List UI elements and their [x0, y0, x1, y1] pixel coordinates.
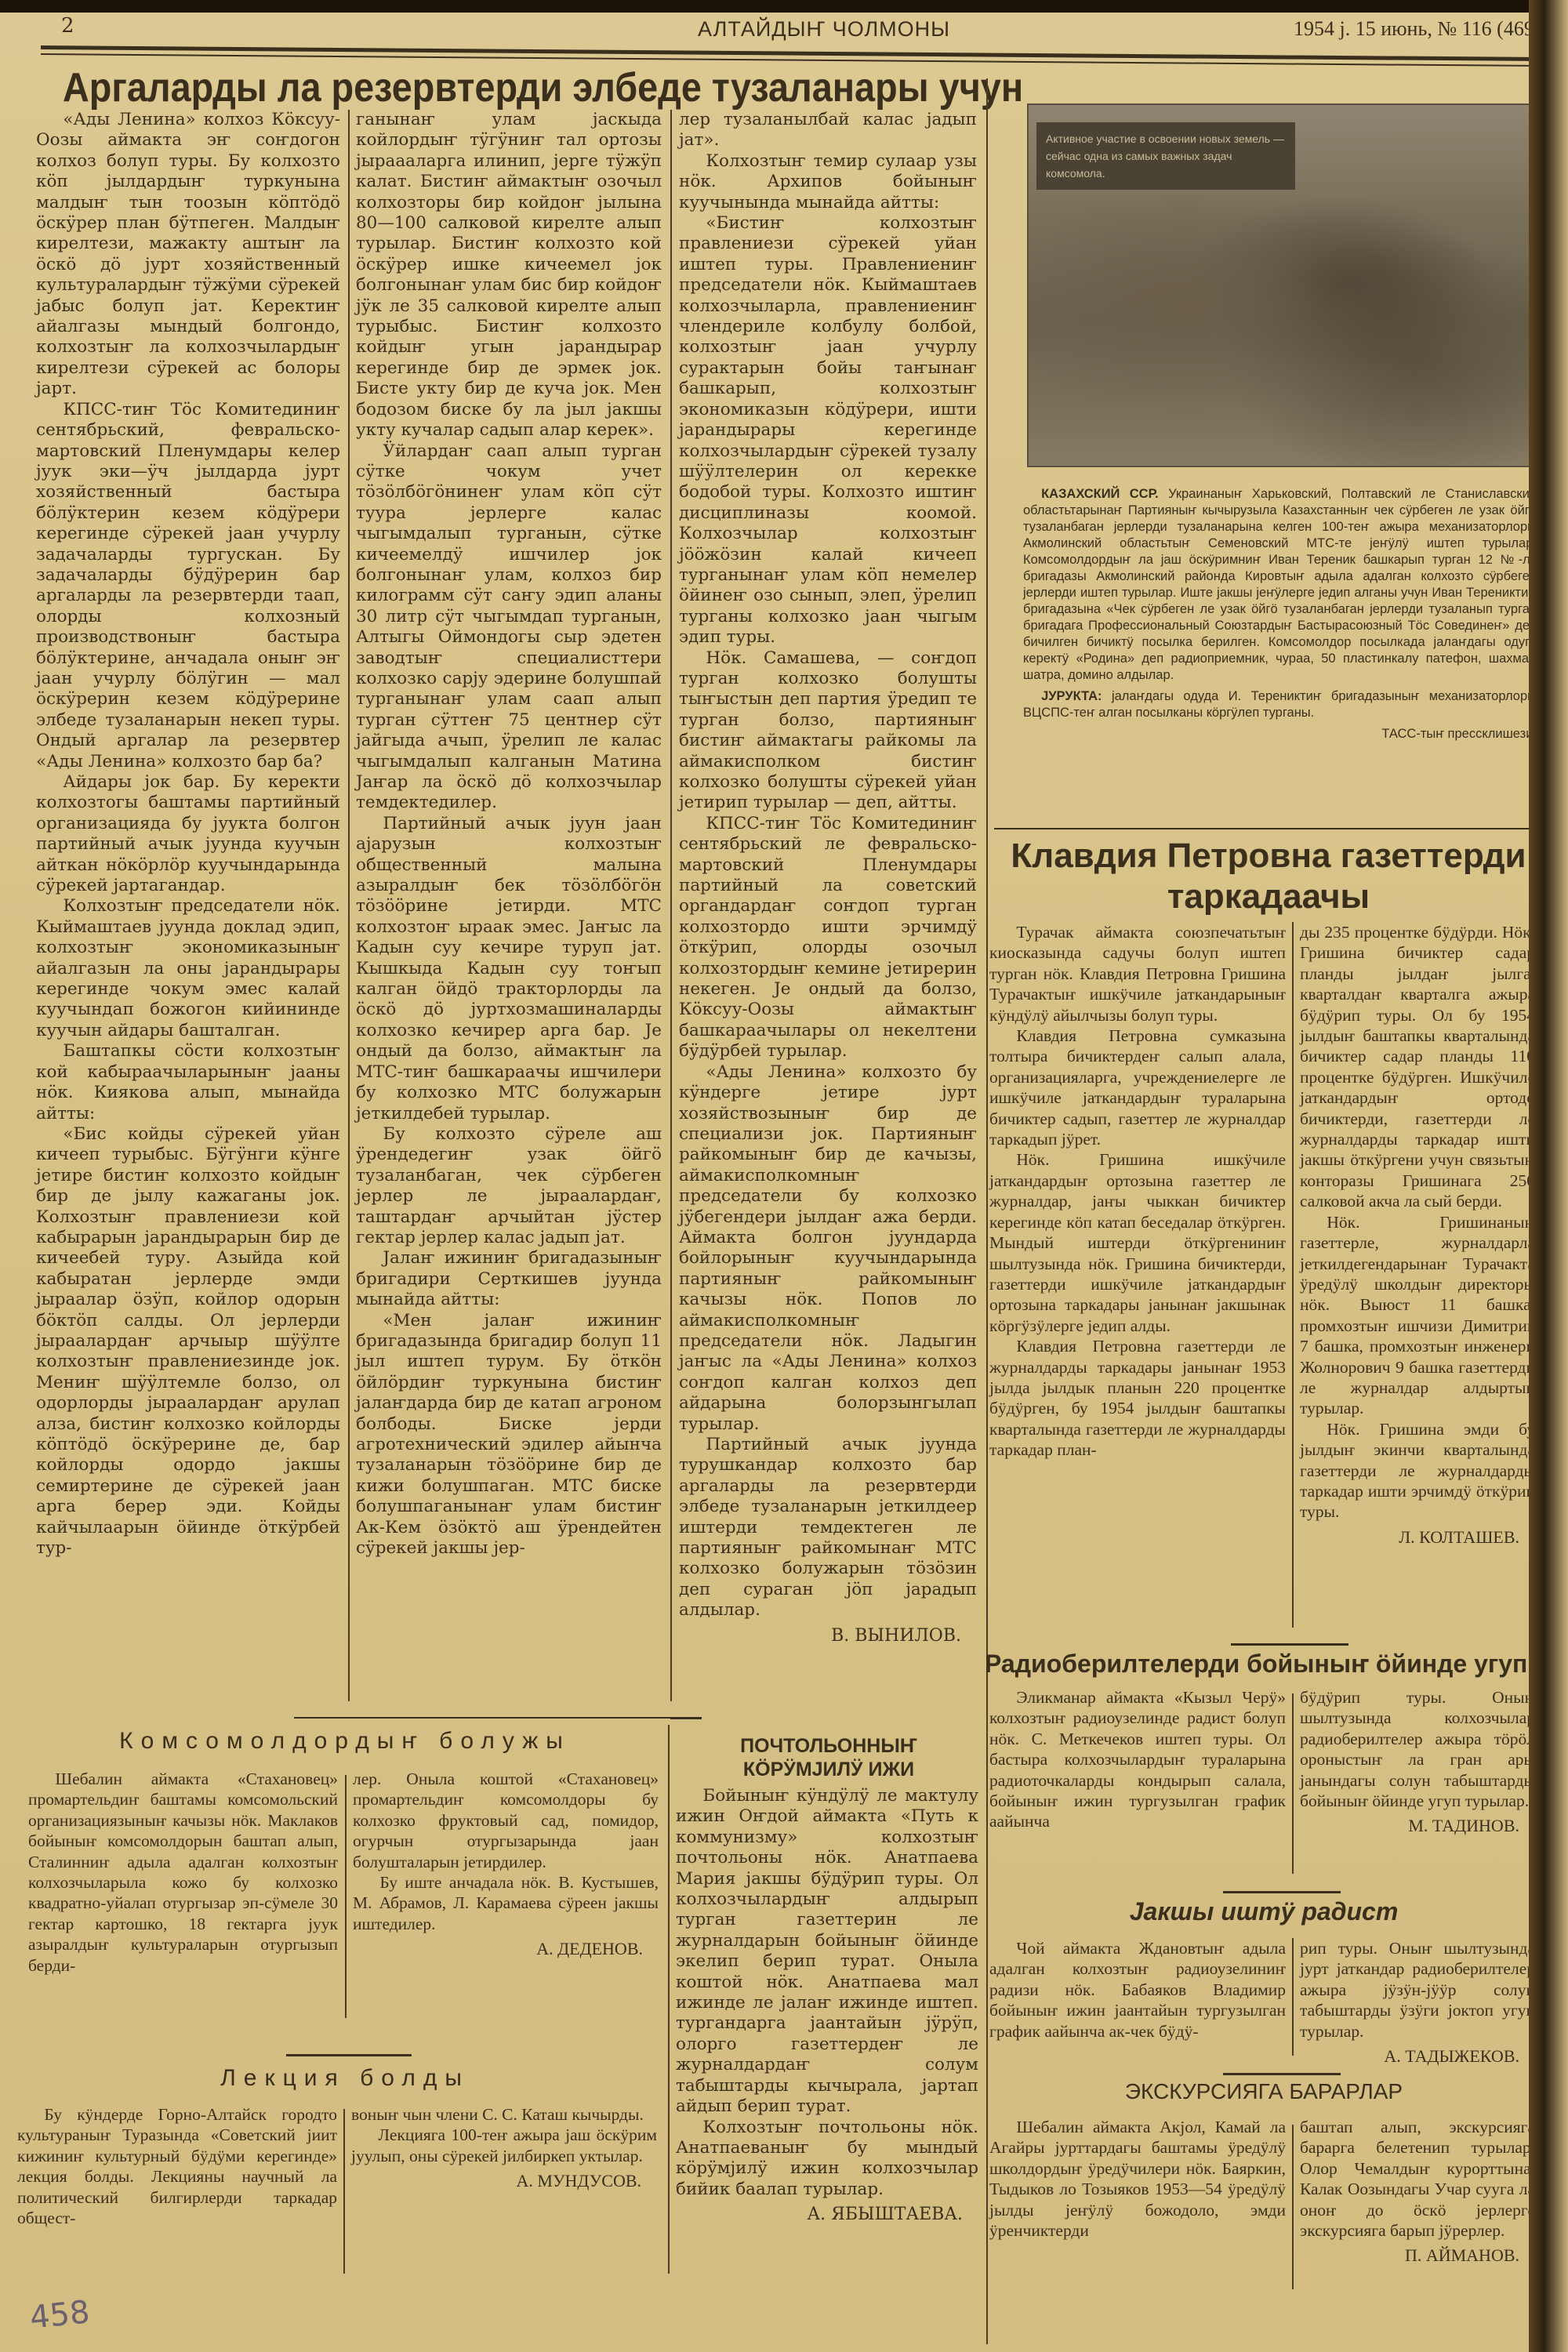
caption-text: Украинаныҥ Харьковский, Полтавский ле Ст…	[1023, 487, 1537, 682]
paragraph: ганынаҥ улам јаскыда койлордыҥ тӱгӱниҥ т…	[356, 110, 662, 441]
main-article-col3: лер тузаланылбай калас јадып јат».Колхоз…	[679, 110, 977, 1646]
komsomol-text-3: Бу иште анчадала нӧк. В. Кустышев, М. Аб…	[353, 1872, 659, 1934]
paragraph: «Бистиҥ колхозтыҥ правлениези сӱрекей уй…	[679, 213, 977, 648]
radist-headline: Јакшы иштӱ радист	[989, 1897, 1538, 1926]
paragraph: Баштапкы сӧсти колхозтыҥ кой кабыраачыла…	[36, 1041, 340, 1124]
klavdia-headline-line1: Клавдия Петровна газеттерди	[994, 836, 1543, 877]
issue-date: 1954 ј. 15 июнь, № 116 (469	[1294, 17, 1534, 41]
paragraph: ды 235 процентке бӱдӱрди. Нӧк. Гришина б…	[1300, 922, 1535, 1212]
komsomol-col2: лер. Оныла коштой «Стахановец» промартел…	[353, 1769, 659, 1960]
excursion-signature: П. АЙМАНОВ.	[1300, 2245, 1535, 2266]
masthead-rule	[41, 45, 1530, 67]
photo-label-lead: ЈУРУКТА:	[1041, 689, 1102, 703]
lecture-text-1: Бу кӱндерде Горно-Алтайск городто культу…	[17, 2104, 337, 2228]
klavdia-col1: Турачак аймакта союзпечатьтыҥ киосказынд…	[989, 922, 1286, 1461]
postman-text-2: Колхозтыҥ почтольоны нӧк. Анатпаеваныҥ б…	[676, 2118, 978, 2201]
paragraph: «Бис койды сӱрекей уйан кичееп турыбыс. …	[36, 1124, 340, 1559]
paragraph: лер тузаланылбай калас јадып јат».	[679, 110, 977, 151]
paragraph: Нӧк. Гришинаныҥ газеттерле, журналдарла …	[1300, 1212, 1535, 1419]
paragraph: Бу колхозто сӱреле аш ӱрендедегиҥ узак ӧ…	[356, 1124, 662, 1248]
klavdia-col2: ды 235 процентке бӱдӱрди. Нӧк. Гришина б…	[1300, 922, 1535, 1548]
paragraph: Колхозтыҥ темир сулаар узы нӧк. Архипов …	[679, 151, 977, 213]
binding-edge	[1529, 0, 1568, 2352]
paragraph: Партийный ачык јуун јаан ајарузын колхоз…	[356, 814, 662, 1124]
postman-headline-line1: ПОЧТОЛЬОННЫҤ	[676, 1734, 982, 1758]
lecture-headline: Лекция болды	[31, 2065, 659, 2092]
excursion-text-2: баштап алып, экскурсияга барарга белетен…	[1300, 2117, 1535, 2241]
column-divider	[348, 110, 350, 1701]
paragraph: КПСС-тиҥ Тӧс Комитединиҥ сентябрьский ле…	[679, 814, 977, 1062]
column-divider	[986, 78, 988, 2344]
radist-text-1: Чой аймакта Ждановтыҥ адыла адалган колх…	[989, 1938, 1286, 2042]
paragraph: Нӧк. Гришина ишкӱчиле јаткандардыҥ ортоз…	[989, 1149, 1286, 1336]
paragraph: Айдары јок бар. Бу керекти колхозтогы ба…	[36, 772, 340, 896]
postman-headline-line2: КӦРӰМЈИЛӰ ИЖИ	[676, 1758, 982, 1781]
section-rule	[1223, 2073, 1341, 2075]
newspaper-page: 2 АЛТАЙДЫҤ ЧОЛМОНЫ 1954 ј. 15 июнь, № 11…	[0, 0, 1537, 2352]
paragraph: «Мен јалаҥ ижиниҥ бригадазында бригадир …	[356, 1311, 662, 1559]
komsomol-text-2: лер. Оныла коштой «Стахановец» промартел…	[353, 1769, 659, 1872]
radist-col2: рип туры. Оныҥ шылтузында јурт јаткандар…	[1300, 1938, 1535, 2067]
section-rule	[1231, 1643, 1348, 1646]
lecture-text-2: воныҥ чын члени С. С. Каташ кычырды.	[351, 2104, 657, 2125]
signature: Л. КОЛТАШЕВ.	[1300, 1527, 1535, 1548]
photo-caption: КАЗАХСКИЙ ССР. Украинаныҥ Харьковский, П…	[1023, 486, 1537, 742]
excursion-col1: Шебалин аймакта Акјол, Камай ла Агайры ј…	[989, 2117, 1286, 2241]
komsomol-col1: Шебалин аймакта «Стахановец» промартельд…	[28, 1769, 338, 1976]
klavdia-headline-line2: таркадаачы	[994, 877, 1543, 917]
postman-headline: ПОЧТОЛЬОННЫҤ КӦРӰМЈИЛӰ ИЖИ	[676, 1734, 982, 1781]
excursion-text-1: Шебалин аймакта Акјол, Камай ла Агайры ј…	[989, 2117, 1286, 2241]
radio-text-2: бӱдӱрип туры. Оныҥ шылтузында колхозчыла…	[1300, 1687, 1535, 1811]
paragraph: Јалаҥ ижиниҥ бригадазыныҥ бригадири Серт…	[356, 1248, 662, 1310]
postman-signature: А. ЯБЫШТАЕВА.	[676, 2205, 978, 2225]
scan-edge	[0, 0, 1568, 13]
photo-banner: Активное участие в освоении новых земель…	[1036, 122, 1295, 190]
radio-col2: бӱдӱрип туры. Оныҥ шылтузында колхозчыла…	[1300, 1687, 1535, 1837]
column-divider	[1292, 1938, 1294, 2056]
news-photo: Активное участие в освоении новых земель…	[1027, 103, 1548, 467]
komsomol-signature: А. ДЕДЕНОВ.	[353, 1939, 659, 1959]
lecture-col1: Бу кӱндерде Горно-Алтайск городто культу…	[17, 2104, 337, 2228]
radist-text-2: рип туры. Оныҥ шылтузында јурт јаткандар…	[1300, 1938, 1535, 2042]
main-article-col2: ганынаҥ улам јаскыда койлордыҥ тӱгӱниҥ т…	[356, 110, 662, 1559]
lecture-text-3: Лекцияга 100-теҥ ажыра јаш ӧскӱрим јуулы…	[351, 2125, 657, 2166]
paragraph: Нӧк. Самашева, — соҥдоп турган колхозко …	[679, 648, 977, 814]
main-headline: Аргаларды ла резервтерди элбеде тузалана…	[63, 64, 1023, 111]
paragraph: Ӱйлардаҥ саап алып турган сӱтке чокум уч…	[356, 441, 662, 814]
archive-number: 458	[28, 2294, 92, 2336]
paragraph: «Ады Ленина» колхоз Кӧксуу-Оозы аймакта …	[36, 110, 340, 400]
excursion-col2: баштап алып, экскурсияга барарга белетен…	[1300, 2117, 1535, 2267]
komsomol-text-1: Шебалин аймакта «Стахановец» промартельд…	[28, 1769, 338, 1976]
radio-headline: Радиоберилтелерди бойыныҥ ӧйинде угуп ту…	[985, 1650, 1549, 1679]
paragraph: Партийный ачык јуунда турушкандар колхоз…	[679, 1435, 977, 1621]
klavdia-headline: Клавдия Петровна газеттерди таркадаачы	[994, 836, 1543, 917]
lecture-signature: А. МУНДУСОВ.	[351, 2171, 657, 2191]
column-divider	[1292, 2125, 1294, 2289]
radio-signature: М. ТАДИНОВ.	[1300, 1816, 1535, 1836]
column-divider	[668, 1725, 670, 2274]
paragraph: Клавдия Петровна сумказына толтыра бичик…	[989, 1025, 1286, 1149]
section-rule	[294, 1717, 670, 1719]
radist-col1: Чой аймакта Ждановтыҥ адыла адалган колх…	[989, 1938, 1286, 2042]
signature: В. ВЫНИЛОВ.	[679, 1626, 977, 1646]
postman-body: Бойыныҥ кӱндӱлӱ ле мактулу ижин Оҥдой ай…	[676, 1786, 978, 2226]
photo-credit: ТАСС-тыҥ прессклишези.	[1023, 726, 1537, 742]
paragraph: «Ады Ленина» колхозто бу кӱндерге јетире…	[679, 1062, 977, 1435]
section-rule	[286, 2054, 412, 2056]
paragraph: Колхозтыҥ председатели нӧк. Кыймаштаев ј…	[36, 896, 340, 1041]
radist-signature: А. ТАДЫЖЕКОВ.	[1300, 2046, 1535, 2067]
column-divider	[1292, 1693, 1294, 1874]
radio-col1: Эликманар аймакта «Кызыл Черӱ» колхозтыҥ…	[989, 1687, 1286, 1832]
radio-text-1: Эликманар аймакта «Кызыл Черӱ» колхозтыҥ…	[989, 1687, 1286, 1832]
main-article-col1: «Ады Ленина» колхоз Кӧксуу-Оозы аймакта …	[36, 110, 340, 1559]
paragraph: Нӧк. Гришина эмди бу јылдыҥ экинчи кварт…	[1300, 1419, 1535, 1523]
column-divider	[1292, 922, 1294, 1628]
column-divider	[345, 1775, 347, 2018]
paragraph: Клавдия Петровна газеттерди ле журналдар…	[989, 1336, 1286, 1460]
paragraph: КПСС-тиҥ Тӧс Комитединиҥ сентябрьский, ф…	[36, 400, 340, 772]
postman-text-1: Бойыныҥ кӱндӱлӱ ле мактулу ижин Оҥдой ай…	[676, 1786, 978, 2118]
lecture-col2: воныҥ чын члени С. С. Каташ кычырды. Лек…	[351, 2104, 657, 2192]
section-rule	[670, 1717, 702, 1719]
column-divider	[670, 110, 672, 1701]
masthead: АЛТАЙДЫҤ ЧОЛМОНЫ	[698, 17, 950, 42]
page-number: 2	[61, 14, 74, 38]
section-rule	[1223, 1891, 1341, 1893]
komsomol-headline: Комсомолдордыҥ болужы	[31, 1728, 659, 1755]
column-divider	[343, 2109, 345, 2274]
paragraph: Турачак аймакта союзпечатьтыҥ киосказынд…	[989, 922, 1286, 1025]
caption-lead: КАЗАХСКИЙ ССР.	[1041, 487, 1159, 501]
section-rule	[994, 828, 1535, 829]
excursion-headline: ЭКСКУРСИЯГА БАРАРЛАР	[989, 2079, 1538, 2104]
